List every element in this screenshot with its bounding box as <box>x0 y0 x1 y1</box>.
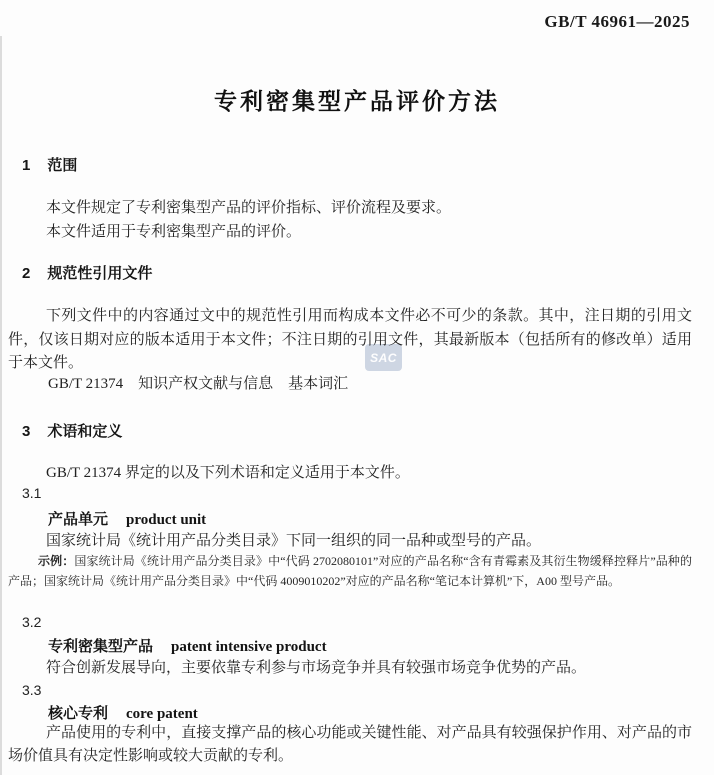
document-title: 专利密集型产品评价方法 <box>0 83 714 116</box>
normative-reference: GB/T 21374 知识产权文献与信息 基本词汇 <box>48 372 348 393</box>
term-3-2-en: patent intensive product <box>171 639 327 655</box>
term-3-1-zh: 产品单元 <box>48 511 108 528</box>
clause-3-number: 3 <box>22 423 30 440</box>
clause-1-paragraph-2: 本文件适用于专利密集型产品的评价。 <box>8 221 692 245</box>
clause-1-paragraph-1: 本文件规定了专利密集型产品的评价指标、评价流程及要求。 <box>8 197 692 221</box>
term-3-1-en: product unit <box>126 512 206 528</box>
term-3-2-line: 专利密集型产品patent intensive product <box>48 635 327 656</box>
term-3-1-definition: 国家统计局《统计用产品分类目录》下同一组织的同一品种或型号的产品。 <box>8 530 692 554</box>
standard-code: GB/T 46961—2025 <box>544 12 690 32</box>
clause-3-title: 术语和定义 <box>47 423 122 440</box>
clause-2-paragraph: 下列文件中的内容通过文中的规范性引用而构成本文件必不可少的条款。其中，注日期的引… <box>8 305 692 376</box>
clause-2-title: 规范性引用文件 <box>47 265 152 282</box>
term-3-3-en: core patent <box>126 706 198 722</box>
term-3-1-example: 示例：国家统计局《统计用产品分类目录》中“代码 2702080101”对应的产品… <box>8 552 692 591</box>
clause-2-heading: 2规范性引用文件 <box>22 262 152 283</box>
scan-edge-artifact <box>0 36 2 775</box>
term-3-2-number: 3.2 <box>22 614 41 630</box>
clause-1-number: 1 <box>22 157 30 174</box>
clause-2-number: 2 <box>22 265 30 282</box>
term-3-2-zh: 专利密集型产品 <box>48 638 153 655</box>
term-3-3-definition: 产品使用的专利中，直接支撑产品的核心功能或关键性能、对产品具有较强保护作用、对产… <box>8 722 692 767</box>
term-3-3-line: 核心专利core patent <box>48 702 198 723</box>
term-3-1-line: 产品单元product unit <box>48 508 206 529</box>
term-3-1-number: 3.1 <box>22 485 41 501</box>
example-label: 示例： <box>38 554 74 568</box>
clause-3-intro: GB/T 21374 界定的以及下列术语和定义适用于本文件。 <box>8 462 692 486</box>
term-3-2-definition: 符合创新发展导向，主要依靠专利参与市场竞争并具有较强市场竞争优势的产品。 <box>8 657 692 681</box>
term-3-3-zh: 核心专利 <box>48 705 108 722</box>
term-3-3-number: 3.3 <box>22 682 41 698</box>
clause-3-heading: 3术语和定义 <box>22 420 122 441</box>
document-page: SAC GB/T 46961—2025 专利密集型产品评价方法 1范围 本文件规… <box>0 0 714 775</box>
clause-1-heading: 1范围 <box>22 154 77 175</box>
example-text: 国家统计局《统计用产品分类目录》中“代码 2702080101”对应的产品名称“… <box>8 554 692 588</box>
clause-1-title: 范围 <box>47 157 77 174</box>
